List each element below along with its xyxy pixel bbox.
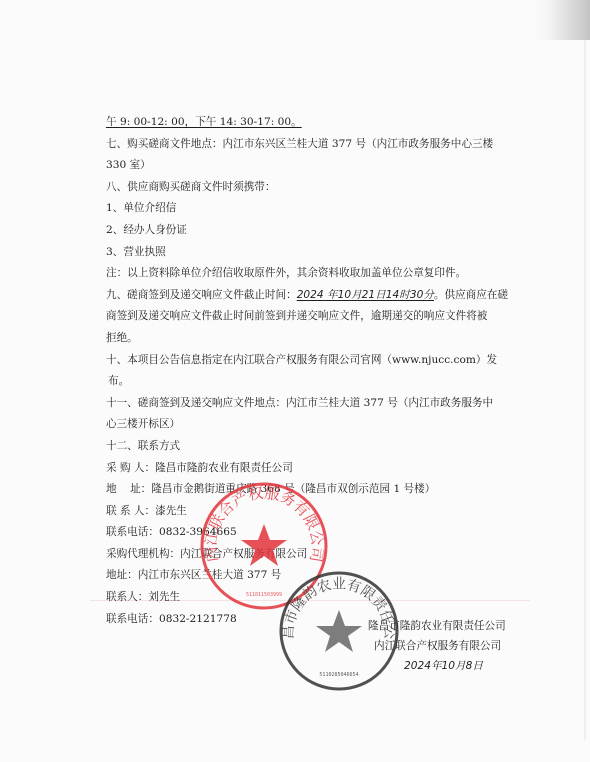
note: 注：以上资料除单位介绍信收取原件外，其余资料收取加盖单位公章复印件。 — [106, 263, 506, 285]
item-9-cont2: 拒绝。 — [106, 328, 506, 350]
item-11-cont: 心三楼开标区） — [106, 414, 506, 436]
item-7-cont: 330 室） — [106, 155, 506, 177]
requirement-2: 2、经办人身份证 — [106, 220, 506, 242]
item-8: 八、供应商购买磋商文件时须携带： — [106, 177, 506, 199]
deadline: 2024 年10月21日14时30分 — [297, 289, 434, 301]
black-seal-stamp: 隆昌市隆韵农业有限责任公司 5110285046654 — [276, 568, 402, 694]
requirement-1: 1、单位介绍信 — [106, 198, 506, 220]
item-11: 十一、磋商签到及递交响应文件地点：内江市兰桂大道 377 号（内江市政务服务中 — [106, 393, 506, 415]
item-10-cont: 布。 — [106, 371, 506, 393]
scan-shadow — [532, 0, 590, 40]
item-10: 十、本项目公告信息指定在内江联合产权服务有限公司官网（www.njucc.com… — [106, 350, 506, 372]
requirement-3: 3、营业执照 — [106, 242, 506, 264]
item-9-prefix: 九、磋商签到及递交响应文件截止时间： — [106, 289, 297, 301]
item-9-cont: 商签到及递交响应文件截止时间前签到并递交响应文件，逾期递交的响应文件将被 — [106, 306, 506, 328]
star-icon — [316, 610, 362, 652]
svg-text:5110285046654: 5110285046654 — [319, 672, 358, 678]
business-hours: 午 9: 00-12: 00，下午 14: 30-17: 00。 — [106, 112, 506, 134]
item-9: 九、磋商签到及递交响应文件截止时间：2024 年10月21日14时30分。供应商… — [106, 285, 506, 307]
purchaser: 采 购 人：隆昌市隆韵农业有限责任公司 — [106, 458, 506, 480]
item-12: 十二、联系方式 — [106, 436, 506, 458]
scan-edge — [584, 40, 586, 740]
item-9-suffix: 。供应商应在磋 — [434, 289, 508, 301]
item-7: 七、购买磋商文件地点：内江市东兴区兰桂大道 377 号（内江市政务服务中心三楼 — [106, 134, 506, 156]
star-icon — [241, 524, 287, 566]
